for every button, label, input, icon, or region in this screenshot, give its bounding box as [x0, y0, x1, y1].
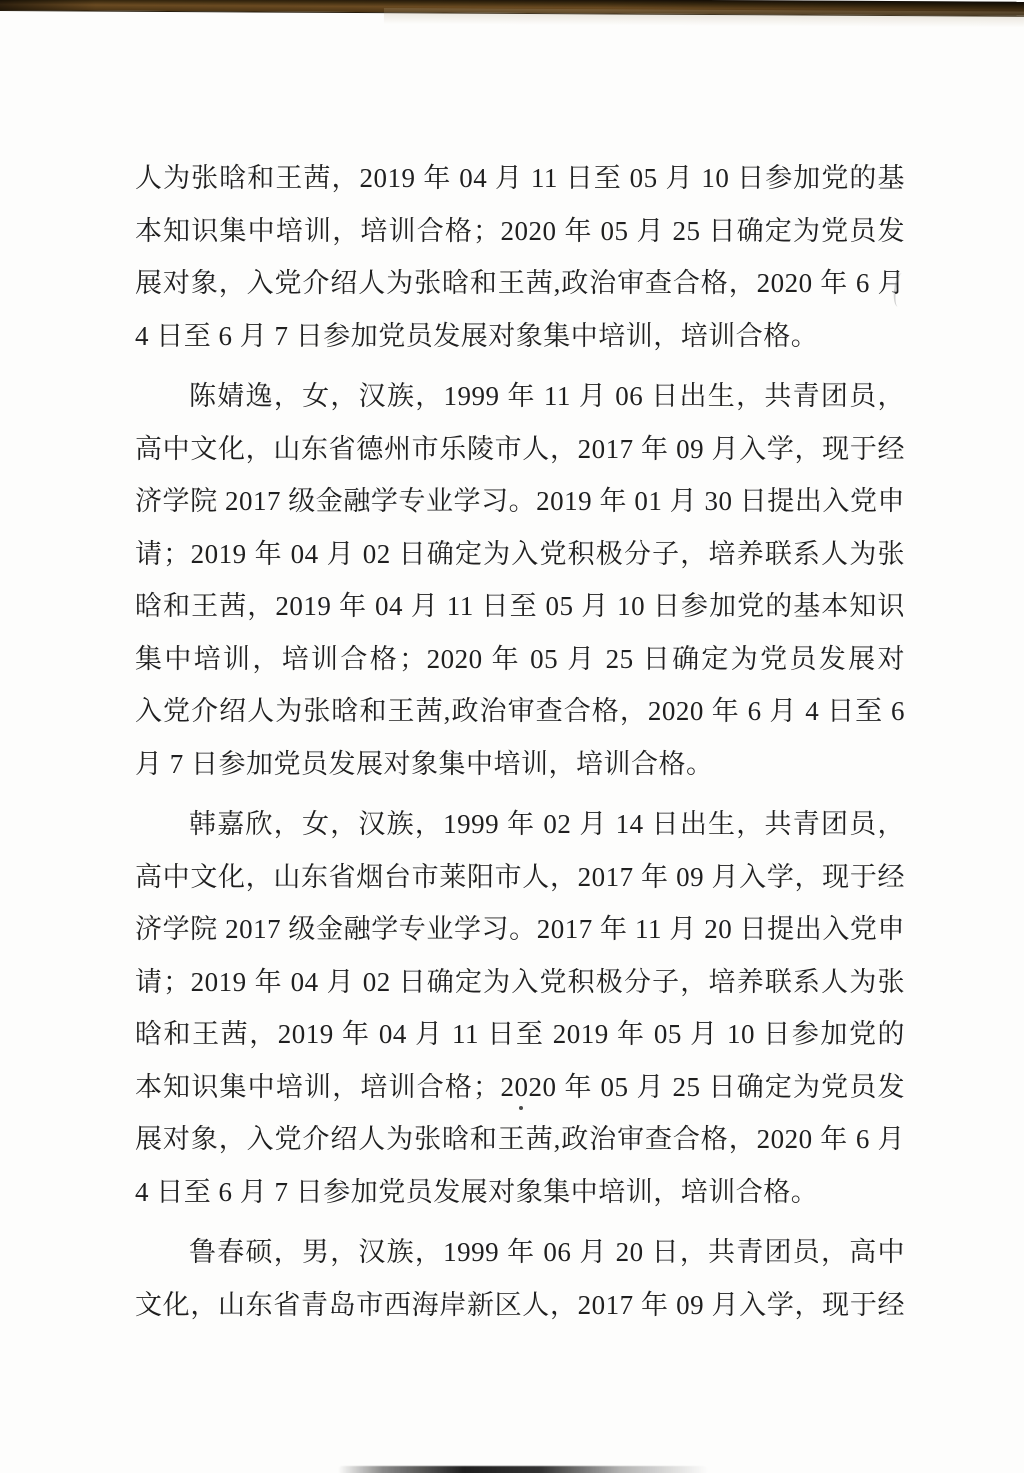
scan-bottom-shadow — [338, 1466, 708, 1473]
text-line: 4 日至 6 月 7 日参加党员发展对象集中培训，培训合格。 — [135, 310, 905, 363]
paragraph-continuation: 人为张晗和王茜，2019 年 04 月 11 日至 05 月 10 日参加党的基… — [135, 152, 905, 362]
text-line: 晗和王茜，2019 年 04 月 11 日至 2019 年 05 月 10 日参… — [135, 1008, 905, 1061]
text-line: 韩嘉欣，女，汉族，1999 年 02 月 14 日出生，共青团员， — [135, 798, 905, 851]
text-line: 鲁春硕，男，汉族，1999 年 06 月 20 日，共青团员，高中 — [135, 1226, 905, 1279]
text-line: 文化，山东省青岛市西海岸新区人，2017 年 09 月入学，现于经 — [135, 1279, 905, 1332]
text-line: 集中培训，培训合格；2020 年 05 月 25 日确定为党员发展对象， — [135, 633, 905, 686]
paragraph-chen-jingyi: 陈婧逸，女，汉族，1999 年 11 月 06 日出生，共青团员， 高中文化，山… — [135, 370, 905, 790]
text-line: 济学院 2017 级金融学专业学习。2019 年 01 月 30 日提出入党申 — [135, 475, 905, 528]
text-line: 高中文化，山东省德州市乐陵市人，2017 年 09 月入学，现于经 — [135, 423, 905, 476]
paragraph-lu-chunshuo: 鲁春硕，男，汉族，1999 年 06 月 20 日，共青团员，高中 文化，山东省… — [135, 1226, 905, 1331]
text-line: 本知识集中培训，培训合格；2020 年 05 月 25 日确定为党员发 — [135, 205, 905, 258]
text-line: 展对象，入党介绍人为张晗和王茜,政治审查合格，2020 年 6 月 — [135, 257, 905, 310]
text-line: 请；2019 年 04 月 02 日确定为入党积极分子，培养联系人为张 — [135, 956, 905, 1009]
document-body: 人为张晗和王茜，2019 年 04 月 11 日至 05 月 10 日参加党的基… — [135, 152, 905, 1339]
scanned-document-page: 人为张晗和王茜，2019 年 04 月 11 日至 05 月 10 日参加党的基… — [0, 0, 1024, 1473]
text-line: 晗和王茜，2019 年 04 月 11 日至 05 月 10 日参加党的基本知识 — [135, 580, 905, 633]
desk-edge-shadow — [384, 8, 1024, 28]
text-line: 济学院 2017 级金融学专业学习。2017 年 11 月 20 日提出入党申 — [135, 903, 905, 956]
text-line: 展对象，入党介绍人为张晗和王茜,政治审查合格，2020 年 6 月 — [135, 1113, 905, 1166]
text-line: 高中文化，山东省烟台市莱阳市人，2017 年 09 月入学，现于经 — [135, 851, 905, 904]
text-line: 月 7 日参加党员发展对象集中培训，培训合格。 — [135, 738, 905, 791]
scan-speck — [519, 1106, 523, 1110]
text-line: 4 日至 6 月 7 日参加党员发展对象集中培训，培训合格。 — [135, 1166, 905, 1219]
paragraph-han-jiaxin: 韩嘉欣，女，汉族，1999 年 02 月 14 日出生，共青团员， 高中文化，山… — [135, 798, 905, 1218]
text-line: 入党介绍人为张晗和王茜,政治审查合格，2020 年 6 月 4 日至 6 — [135, 685, 905, 738]
text-line: 人为张晗和王茜，2019 年 04 月 11 日至 05 月 10 日参加党的基 — [135, 152, 905, 205]
text-line: 陈婧逸，女，汉族，1999 年 11 月 06 日出生，共青团员， — [135, 370, 905, 423]
text-line: 请；2019 年 04 月 02 日确定为入党积极分子，培养联系人为张 — [135, 528, 905, 581]
